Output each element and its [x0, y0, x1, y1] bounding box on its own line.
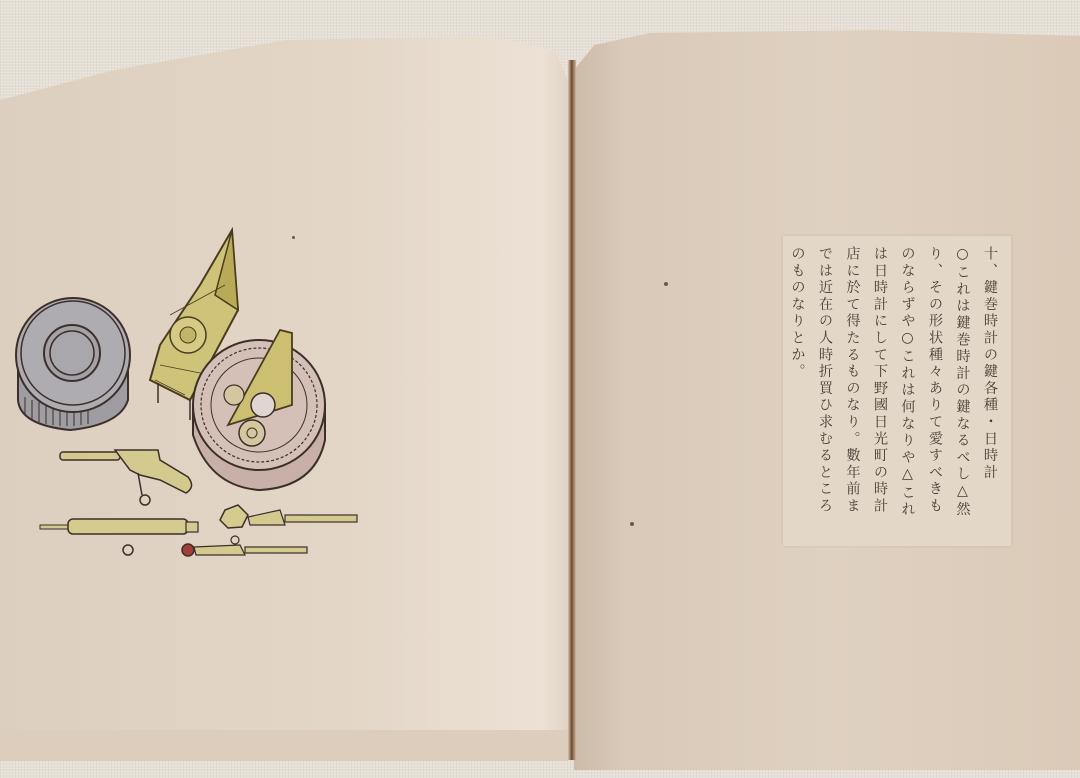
pistol-watch-key-icon — [60, 450, 192, 505]
paper-spot — [664, 282, 668, 286]
text-column: では近在の人時折買ひ求むるところ — [811, 246, 839, 541]
jeweled-watch-key-icon — [182, 536, 307, 556]
pasted-text-label: 十、鍵巻時計の鍵各種・日時計 ○これは鍵巻時計の鍵なるべし△然 り、その形状種々… — [783, 236, 1011, 546]
text-column: ○これは鍵巻時計の鍵なるべし△然 — [948, 246, 976, 541]
text-column: のならずや○これは何なりや△これ — [893, 246, 921, 541]
paper-spot — [630, 522, 634, 526]
ornate-watch-key-icon — [220, 505, 357, 528]
cylindrical-watch-key-icon — [40, 519, 198, 555]
text-column: のものなりとか。 — [783, 246, 811, 541]
text-column: 十、鍵巻時計の鍵各種・日時計 — [976, 246, 1004, 541]
text-column: は日時計にして下野國日光町の時計 — [866, 246, 894, 541]
text-column: 店に於て得たるものなり。數年前ま — [838, 246, 866, 541]
pocket-watch-case-icon — [16, 298, 130, 430]
paper-spot — [292, 236, 295, 239]
text-column: り、その形状種々ありて愛すべきも — [921, 246, 949, 541]
vertical-japanese-text: 十、鍵巻時計の鍵各種・日時計 ○これは鍵巻時計の鍵なるべし△然 り、その形状種々… — [783, 246, 1003, 541]
watch-keys-sundials-illustration — [10, 225, 360, 575]
book-gutter — [568, 60, 576, 760]
